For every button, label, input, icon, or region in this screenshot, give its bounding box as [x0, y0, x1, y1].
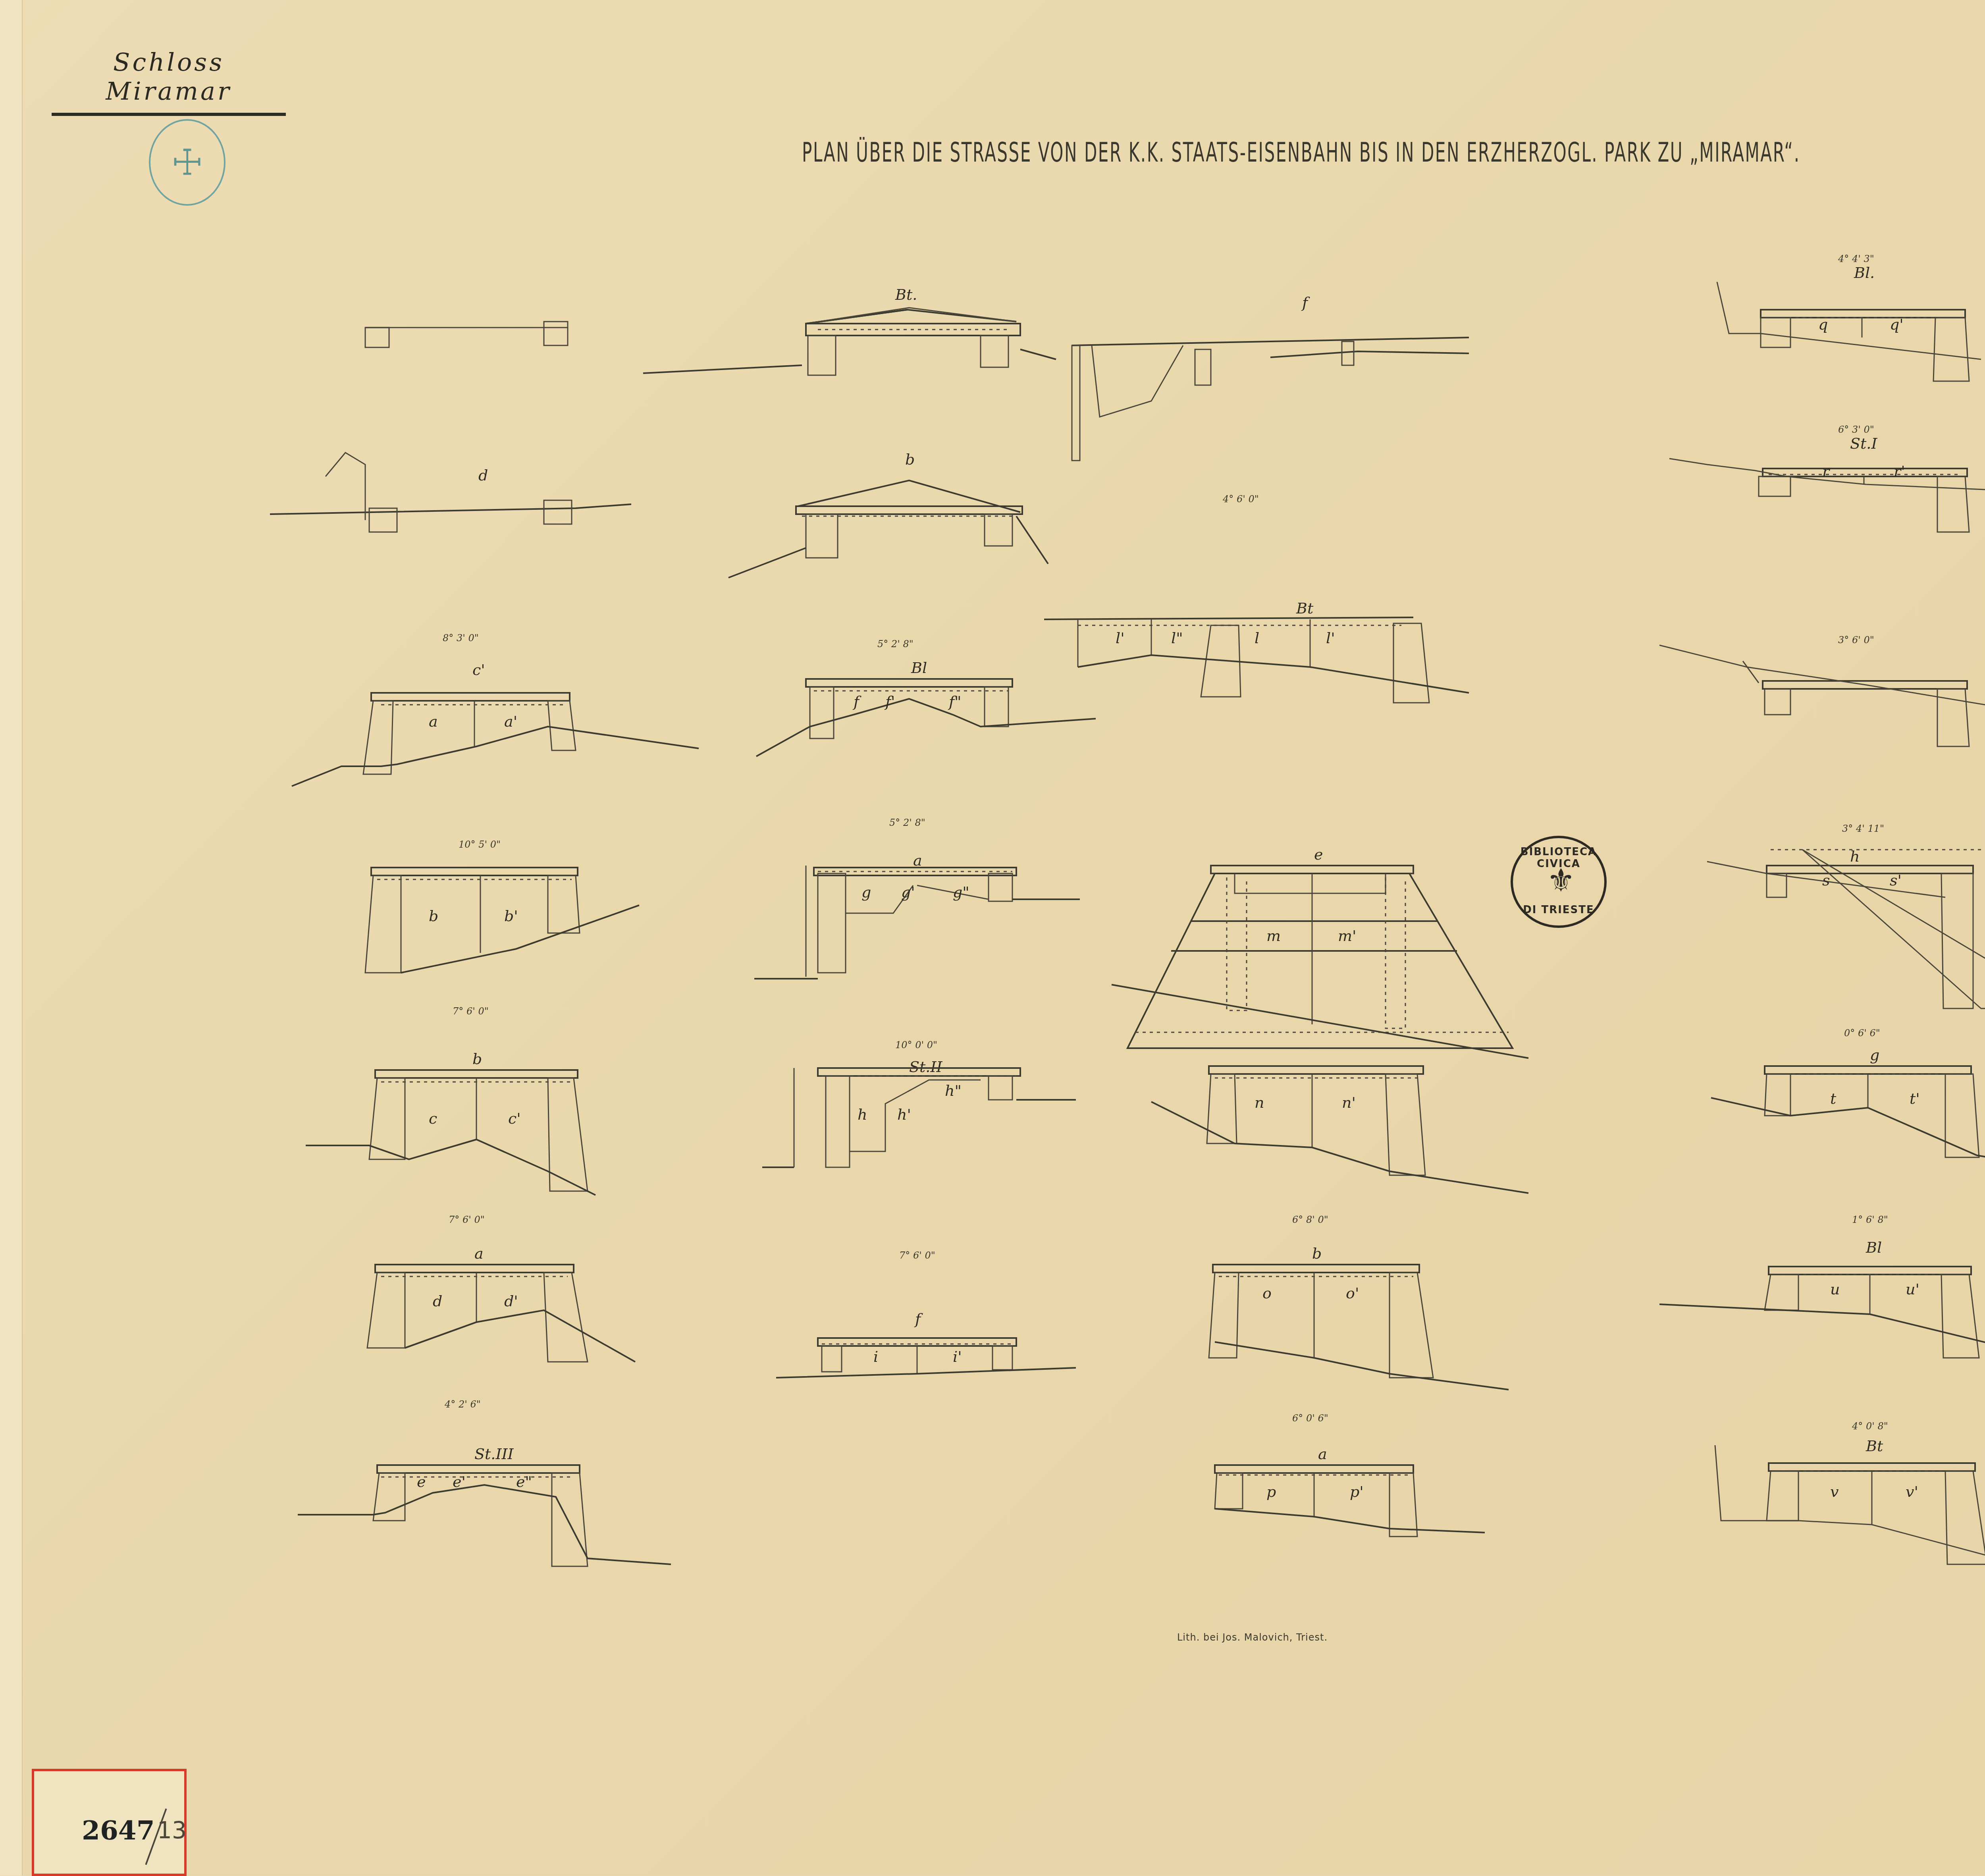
- svg-text:b: b: [429, 907, 438, 925]
- section-st-ii: 10° 0' 0" St.II h h' h": [762, 1039, 1076, 1167]
- svg-text:St.III: St.III: [474, 1445, 514, 1463]
- section-b-row5: 7° 6' 0" b c c': [306, 1006, 595, 1195]
- svg-text:u: u: [1830, 1280, 1840, 1298]
- svg-text:b: b: [1312, 1245, 1322, 1262]
- svg-text:d: d: [478, 467, 488, 484]
- section-bl-row3: 5° 2' 8" Bl f f' f": [756, 638, 1096, 756]
- svg-text:f": f": [948, 693, 962, 710]
- svg-text:h": h": [945, 1082, 962, 1099]
- svg-text:4° 0' 8": 4° 0' 8": [1852, 1421, 1888, 1432]
- svg-text:v': v': [1906, 1483, 1918, 1500]
- svg-text:7° 6' 0": 7° 6' 0": [449, 1214, 485, 1225]
- svg-text:3° 4' 11": 3° 4' 11": [1842, 823, 1884, 834]
- svg-text:e: e: [417, 1473, 426, 1490]
- svg-text:6° 0' 6": 6° 0' 6": [1292, 1413, 1328, 1424]
- svg-text:c': c': [508, 1110, 521, 1127]
- svg-text:f: f: [914, 1310, 923, 1328]
- section-f-top: f: [1072, 294, 1469, 461]
- section-col4-row3: 3° 6' 0": [1659, 634, 1985, 746]
- svg-text:6° 3' 0": 6° 3' 0": [1838, 424, 1874, 435]
- svg-text:e: e: [1314, 846, 1323, 863]
- svg-text:4° 4' 3": 4° 4' 3": [1838, 253, 1874, 264]
- svg-text:e': e': [453, 1473, 466, 1490]
- svg-text:St.II: St.II: [909, 1058, 942, 1076]
- svg-text:r: r: [1822, 463, 1831, 480]
- svg-text:a: a: [1318, 1445, 1327, 1463]
- archive-sub-number: 13: [157, 1817, 187, 1844]
- svg-text:g": g": [953, 883, 969, 901]
- section-b-row6-col3: 6° 8' 0" b o o': [1209, 1214, 1509, 1390]
- svg-text:f: f: [1301, 294, 1310, 311]
- svg-text:d': d': [504, 1292, 518, 1310]
- section-bt-arch: Bt.: [643, 286, 1056, 375]
- svg-text:1° 6' 8": 1° 6' 8": [1852, 1214, 1888, 1225]
- svg-text:Bt: Bt: [1296, 600, 1314, 617]
- svg-text:a': a': [504, 713, 517, 730]
- svg-text:7° 6' 0": 7° 6' 0": [453, 1006, 489, 1017]
- svg-text:b: b: [472, 1050, 482, 1068]
- section-b-row2: b 4° 6' 0": [728, 451, 1259, 578]
- svg-text:l: l: [1255, 629, 1259, 647]
- svg-text:c': c': [472, 661, 485, 679]
- svg-text:v: v: [1830, 1483, 1839, 1500]
- section-b-row5-col3: n n': [1151, 1066, 1528, 1193]
- svg-text:Bl: Bl: [1866, 1239, 1882, 1256]
- svg-text:l": l": [1171, 629, 1183, 647]
- drawing-sheet: Schloss Miramar № 13 PLAN ÜBER DIE STRAS…: [0, 0, 1985, 1876]
- svg-text:4° 2' 6": 4° 2' 6": [444, 1399, 481, 1410]
- svg-text:e": e": [516, 1473, 532, 1490]
- svg-text:t: t: [1830, 1090, 1837, 1107]
- svg-text:St.I: St.I: [1850, 435, 1877, 452]
- svg-text:b: b: [905, 451, 915, 468]
- svg-text:0° 6' 6": 0° 6' 6": [1844, 1028, 1880, 1039]
- svg-text:g: g: [1870, 1046, 1879, 1064]
- svg-text:s: s: [1822, 871, 1830, 889]
- svg-text:n: n: [1255, 1094, 1264, 1111]
- svg-text:f': f': [884, 693, 895, 710]
- svg-text:q': q': [1890, 316, 1904, 333]
- svg-text:g: g: [861, 883, 871, 901]
- section-a-row6: 7° 6' 0" a d d': [367, 1214, 635, 1362]
- svg-text:3° 6' 0": 3° 6' 0": [1838, 634, 1874, 646]
- svg-text:6° 8' 0": 6° 8' 0": [1292, 1214, 1328, 1225]
- svg-text:Bl: Bl: [911, 659, 927, 677]
- svg-text:r': r': [1894, 463, 1905, 480]
- svg-text:a: a: [429, 713, 438, 730]
- svg-text:c: c: [429, 1110, 437, 1127]
- svg-text:Bt.: Bt.: [895, 286, 917, 303]
- svg-text:i: i: [873, 1348, 878, 1365]
- section-e-embankment: e m m': [1112, 846, 1528, 1058]
- svg-text:Bt: Bt: [1866, 1437, 1883, 1455]
- section-d-top: d: [270, 453, 631, 532]
- svg-text:4° 6' 0": 4° 6' 0": [1222, 494, 1259, 505]
- svg-text:g': g': [901, 883, 915, 901]
- svg-text:q: q: [1818, 316, 1828, 333]
- svg-text:8° 3' 0": 8° 3' 0": [443, 632, 479, 644]
- svg-text:10° 0' 0": 10° 0' 0": [895, 1039, 937, 1051]
- section-c-prime: 8° 3' 0" c' a a': [292, 632, 699, 786]
- section-1: [365, 322, 568, 347]
- svg-text:m: m: [1266, 927, 1281, 945]
- svg-text:u': u': [1906, 1280, 1919, 1298]
- section-g-col4: 0° 6' 6" g t t': [1711, 1028, 1985, 1159]
- svg-text:i': i': [953, 1348, 962, 1365]
- svg-text:t': t': [1910, 1090, 1920, 1107]
- section-bl-col4-row1: 4° 4' 3" Bl. q q': [1717, 253, 1981, 381]
- svg-text:a: a: [913, 852, 922, 869]
- archive-number: 2647: [82, 1815, 155, 1846]
- svg-text:h: h: [1850, 848, 1860, 865]
- cross-sections-drawing: d 8° 3' 0" c' a a' 10° 5' 0" b b': [0, 0, 1985, 1876]
- svg-text:b': b': [504, 907, 518, 925]
- svg-text:d: d: [433, 1292, 442, 1310]
- svg-text:l': l': [1116, 629, 1125, 647]
- section-bl-col4-row6: 1° 6' 8" Bl u u': [1659, 1214, 1985, 1358]
- section-b-row4: 10° 5' 0" b b': [365, 839, 639, 973]
- section-a-row4: 5° 2' 8" a g g' g": [754, 817, 1080, 979]
- archive-label: 2647 13: [32, 1769, 187, 1876]
- svg-text:a: a: [474, 1245, 484, 1262]
- lithographer-credit: Lith. bei Jos. Malovich, Triest.: [1177, 1632, 1328, 1643]
- svg-text:10° 5' 0": 10° 5' 0": [459, 839, 501, 850]
- section-st-i-col4: 6° 3' 0" St.I r r': [1669, 424, 1985, 532]
- svg-text:Bl.: Bl.: [1854, 264, 1875, 281]
- svg-text:h: h: [858, 1106, 867, 1123]
- svg-text:5° 2' 8": 5° 2' 8": [877, 638, 913, 650]
- section-bt-col4-row7: 4° 0' 8" Bt v v': [1715, 1421, 1985, 1576]
- section-h-col4: 3° 4' 11" h s s' w: [1707, 823, 1985, 1273]
- svg-text:o: o: [1262, 1284, 1272, 1302]
- section-st-iii: 4° 2' 6" St.III e e' e": [298, 1399, 671, 1566]
- section-a-row7-col3: 6° 0' 6" a p p': [1215, 1413, 1485, 1537]
- svg-text:f: f: [852, 693, 861, 710]
- svg-text:s': s': [1890, 871, 1902, 889]
- svg-text:o': o': [1346, 1284, 1359, 1302]
- svg-text:n': n': [1342, 1094, 1356, 1111]
- svg-text:h': h': [897, 1106, 911, 1123]
- svg-text:7° 6' 0": 7° 6' 0": [899, 1250, 935, 1261]
- svg-text:m': m': [1338, 927, 1356, 945]
- section-f-row6: 7° 6' 0" f i i': [776, 1250, 1076, 1378]
- svg-text:l': l': [1326, 629, 1335, 647]
- svg-text:p: p: [1266, 1483, 1276, 1500]
- svg-text:p': p': [1350, 1483, 1364, 1500]
- section-bt-row3: Bt l' l" l l': [1044, 600, 1469, 703]
- svg-text:5° 2' 8": 5° 2' 8": [889, 817, 925, 828]
